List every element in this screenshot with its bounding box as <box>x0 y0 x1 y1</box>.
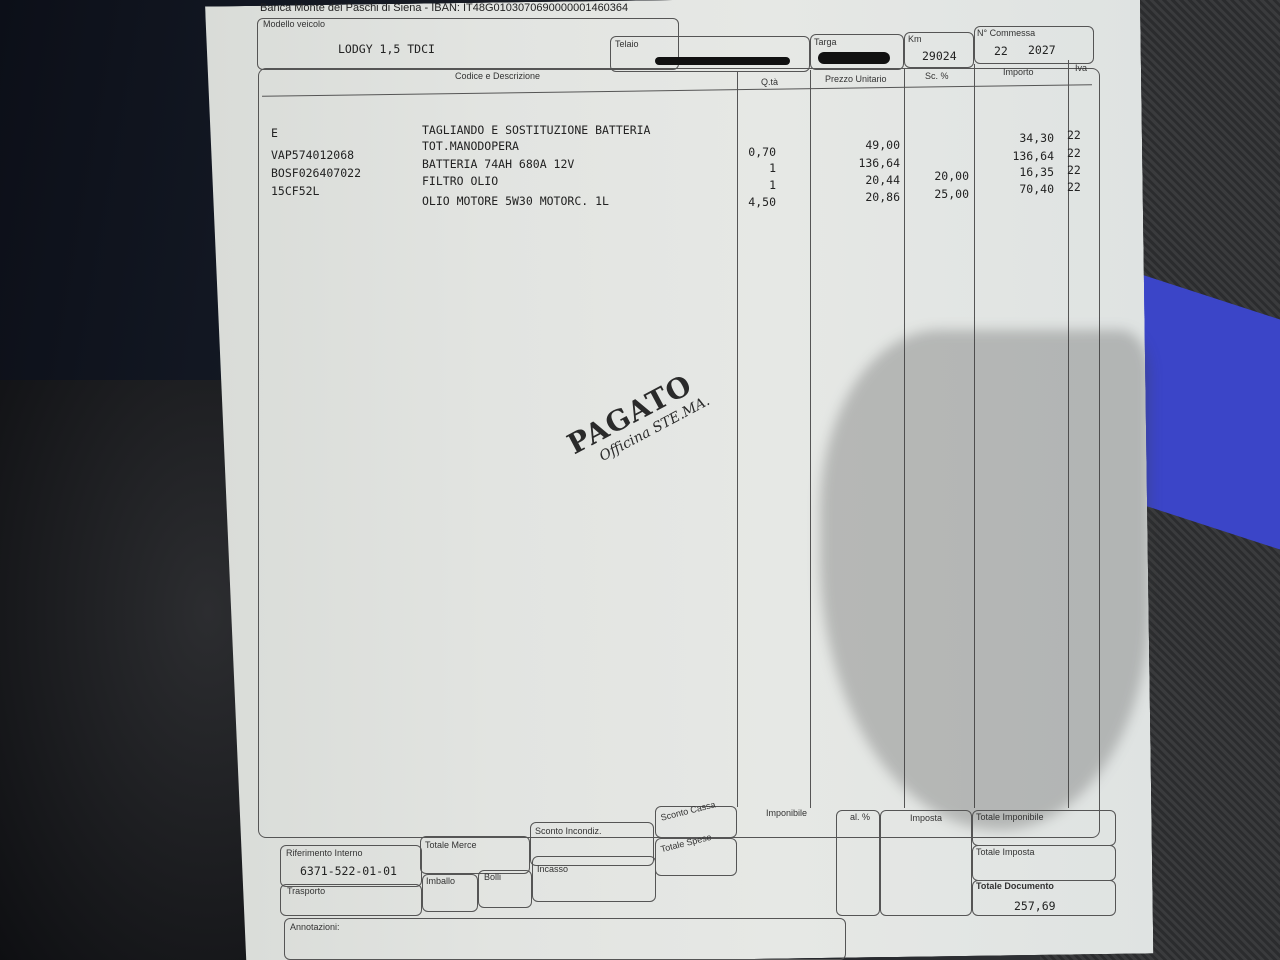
row-description: FILTRO OLIO <box>422 174 498 188</box>
aliquota-label: al. % <box>850 812 870 822</box>
row-description: TAGLIANDO E SOSTITUZIONE BATTERIA <box>422 123 650 137</box>
imposta-box <box>880 810 972 916</box>
col-header-discount: Sc. % <box>925 71 949 81</box>
col-header-vat: Iva <box>1075 63 1087 73</box>
row-price: 49,00 <box>830 138 900 152</box>
targa-label: Targa <box>814 37 837 47</box>
row-vat: 22 <box>1067 128 1081 142</box>
totale-imponibile-label: Totale Imponibile <box>976 812 1044 822</box>
telaio-label: Telaio <box>615 39 639 49</box>
row-vat: 22 <box>1067 180 1081 194</box>
commessa-prefix: 22 <box>994 44 1008 58</box>
col-divider <box>810 70 811 808</box>
telaio-box <box>610 36 810 72</box>
row-qty: 4,50 <box>730 195 776 209</box>
rif-value: 6371-522-01-01 <box>300 864 397 878</box>
annotazioni-box <box>284 918 846 960</box>
row-discount: 20,00 <box>905 169 969 183</box>
col-header-code-desc: Codice e Descrizione <box>455 71 540 81</box>
km-label: Km <box>908 34 922 44</box>
row-amount: 16,35 <box>990 165 1054 179</box>
col-header-amount: Importo <box>1003 67 1034 77</box>
trasporto-label: Trasporto <box>287 886 325 896</box>
imposta-label: Imposta <box>910 813 942 823</box>
km-value: 29024 <box>922 49 957 63</box>
col-header-qty: Q.tà <box>761 77 778 87</box>
totale-documento-value: 257,69 <box>1014 899 1056 913</box>
col-header-price: Prezzo Unitario <box>825 74 887 84</box>
row-code: VAP574012068 <box>271 148 354 162</box>
row-discount: 25,00 <box>905 187 969 201</box>
car-seat-background <box>0 380 260 960</box>
row-description: BATTERIA 74AH 680A 12V <box>422 157 574 171</box>
rif-label: Riferimento Interno <box>286 848 363 858</box>
bank-iban-line: Banca Monte dei Paschi di Siena - IBAN: … <box>260 2 628 14</box>
row-code: BOSF026407022 <box>271 166 361 180</box>
row-vat: 22 <box>1067 146 1081 160</box>
model-value: LODGY 1,5 TDCI <box>338 42 435 56</box>
totale-documento-label: Totale Documento <box>976 881 1054 891</box>
telaio-redacted <box>655 57 790 65</box>
imballo-label: Imballo <box>426 876 455 886</box>
row-price: 136,64 <box>830 156 900 170</box>
row-description: TOT.MANODOPERA <box>422 139 519 153</box>
totale-imposta-label: Totale Imposta <box>976 847 1035 857</box>
row-amount: 34,30 <box>990 131 1054 145</box>
annotazioni-label: Annotazioni: <box>290 922 340 932</box>
row-qty: 1 <box>730 161 776 175</box>
row-price: 20,44 <box>830 173 900 187</box>
totale-merce-label: Totale Merce <box>425 840 477 850</box>
row-code: 15CF52L <box>271 184 319 198</box>
commessa-label: N° Commessa <box>977 28 1035 38</box>
row-description: OLIO MOTORE 5W30 MOTORC. 1L <box>422 194 609 208</box>
targa-redacted <box>818 52 890 64</box>
aliquota-box <box>836 810 880 916</box>
incasso-box <box>532 856 656 902</box>
row-code: E <box>271 126 278 140</box>
incasso-label: Incasso <box>537 864 568 874</box>
imponibile-label: Imponibile <box>766 808 807 818</box>
bolli-label: Bolli <box>484 872 501 882</box>
row-vat: 22 <box>1067 163 1081 177</box>
row-amount: 70,40 <box>990 182 1054 196</box>
row-qty: 1 <box>730 178 776 192</box>
sconto-incondiz-label: Sconto Incondiz. <box>535 826 602 836</box>
model-label: Modello veicolo <box>263 19 325 29</box>
row-price: 20,86 <box>830 190 900 204</box>
commessa-value: 2027 <box>1028 43 1056 57</box>
row-qty: 0,70 <box>730 145 776 159</box>
row-amount: 136,64 <box>990 149 1054 163</box>
